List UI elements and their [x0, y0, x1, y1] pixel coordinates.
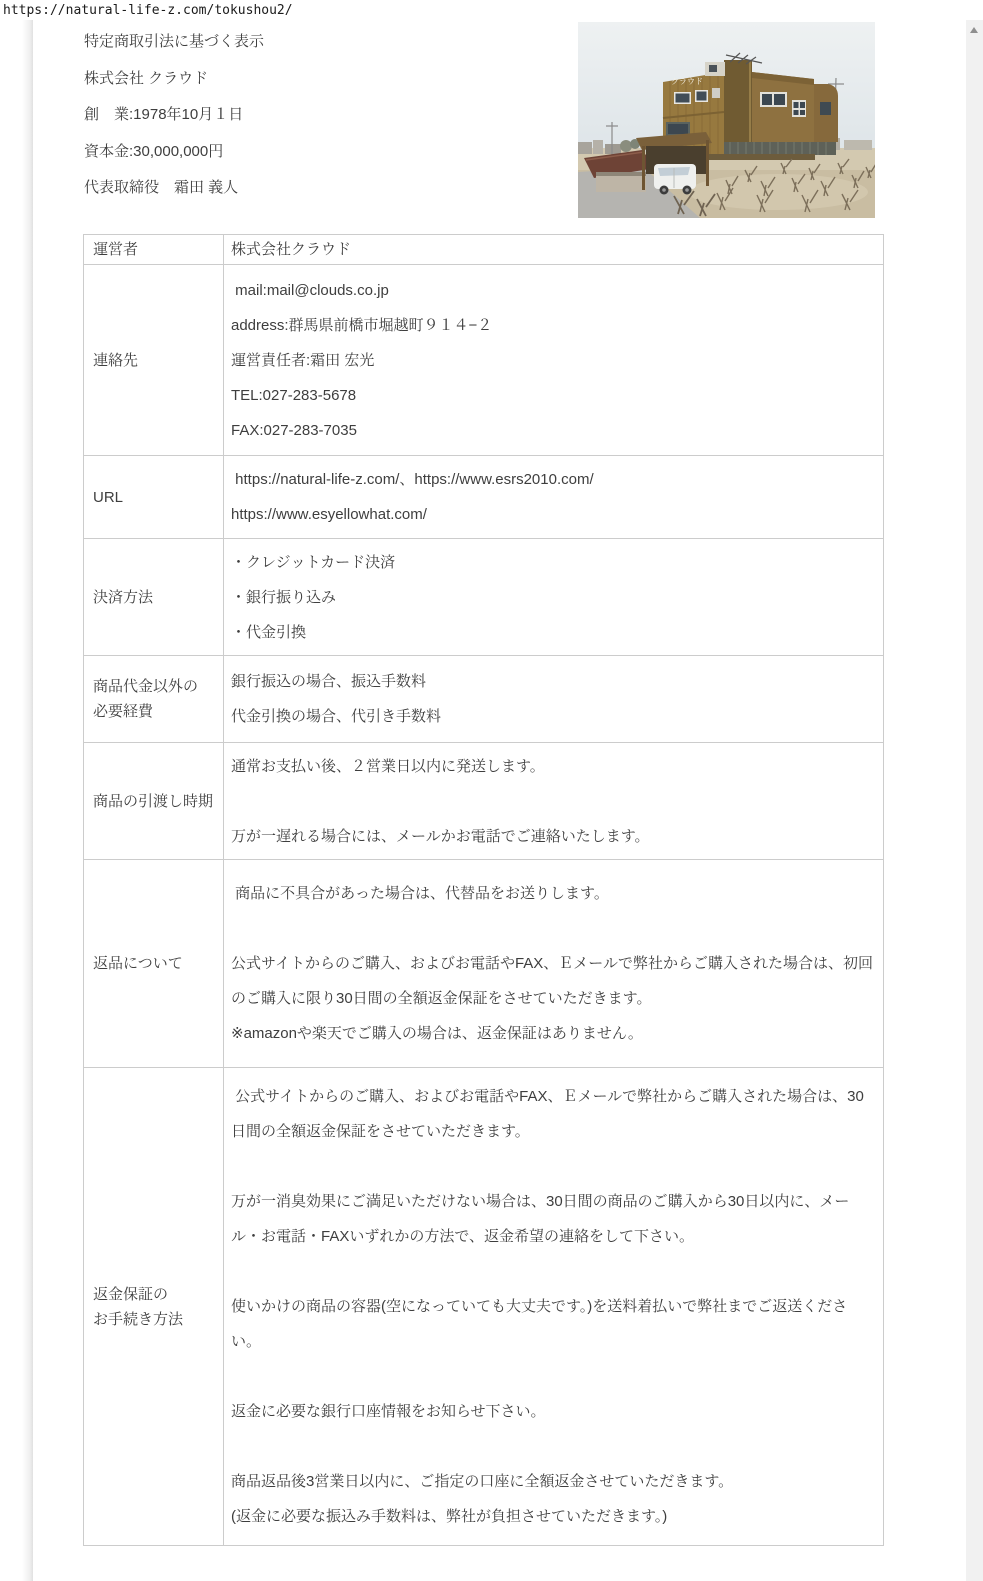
value-line [231, 1429, 875, 1464]
row-value: mail:mail@clouds.co.jpaddress:群馬県前橋市堀越町９… [224, 265, 884, 456]
card-left-shadow [22, 20, 33, 1581]
table-row: 商品の引渡し時期通常お支払い後、２営業日以内に発送します。万が一遅れる場合には、… [84, 743, 884, 860]
row-value: https://natural-life-z.com/、https://www.… [224, 456, 884, 539]
row-label: 商品の引渡し時期 [84, 743, 224, 860]
row-label: 決済方法 [84, 539, 224, 656]
header-line: 代表取締役 霜田 義人 [84, 170, 264, 207]
row-value: ・クレジットカード決済・銀行振り込み・代金引換 [224, 539, 884, 656]
company-header: 特定商取引法に基づく表示株式会社 クラウド創 業:1978年10月１日資本金:3… [84, 24, 264, 207]
value-line: 商品に不具合があった場合は、代替品をお送りします。 [231, 876, 875, 911]
header-line: 株式会社 クラウド [84, 61, 264, 98]
value-line: https://natural-life-z.com/、https://www.… [231, 462, 875, 497]
value-line [231, 784, 875, 819]
value-line: address:群馬県前橋市堀越町９１４−２ [231, 308, 875, 343]
row-label: URL [84, 456, 224, 539]
row-label: 商品代金以外の 必要経費 [84, 656, 224, 743]
value-line [231, 1149, 875, 1184]
value-line [231, 1254, 875, 1289]
table-row: 返品について 商品に不具合があった場合は、代替品をお送りします。公式サイトからの… [84, 860, 884, 1068]
header-line: 創 業:1978年10月１日 [84, 97, 264, 134]
tokushou-table: 運営者株式会社クラウド連絡先 mail:mail@clouds.co.jpadd… [83, 234, 884, 1546]
table-row: URL https://natural-life-z.com/、https://… [84, 456, 884, 539]
value-line: mail:mail@clouds.co.jp [231, 273, 875, 308]
row-value: 銀行振込の場合、振込手数料代金引換の場合、代引き手数料 [224, 656, 884, 743]
value-line: 使いかけの商品の容器(空になっていても大丈夫です。)を送料着払いで弊社までご返送… [231, 1289, 875, 1359]
table-row: 返金保証の お手続き方法 公式サイトからのご購入、およびお電話やFAX、Ｅメール… [84, 1068, 884, 1546]
row-label: 返品について [84, 860, 224, 1068]
row-label: 運営者 [84, 235, 224, 265]
table-row: 連絡先 mail:mail@clouds.co.jpaddress:群馬県前橋市… [84, 265, 884, 456]
value-line: 株式会社クラウド [231, 239, 875, 261]
header-line: 資本金:30,000,000円 [84, 134, 264, 171]
value-line: ・クレジットカード決済 [231, 545, 875, 580]
building-photo-svg: クラウド [578, 22, 875, 218]
value-line: ※amazonや楽天でご購入の場合は、返金保証はありません。 [231, 1016, 875, 1051]
header-line: 特定商取引法に基づく表示 [84, 24, 264, 61]
value-line: 万が一遅れる場合には、メールかお電話でご連絡いたします。 [231, 819, 875, 854]
building-photo: クラウド [578, 22, 875, 218]
value-line: 通常お支払い後、２営業日以内に発送します。 [231, 749, 875, 784]
tokushou-page: { "page": { "url_caption": "https://natu… [0, 0, 983, 1581]
value-line: 万が一消臭効果にご満足いただけない場合は、30日間の商品のご購入から30日以内に… [231, 1184, 875, 1254]
value-line: 公式サイトからのご購入、およびお電話やFAX、Ｅメールで弊社からご購入された場合… [231, 1079, 875, 1149]
row-value: 公式サイトからのご購入、およびお電話やFAX、Ｅメールで弊社からご購入された場合… [224, 1068, 884, 1546]
value-line: ・銀行振り込み [231, 580, 875, 615]
row-value: 通常お支払い後、２営業日以内に発送します。万が一遅れる場合には、メールかお電話で… [224, 743, 884, 860]
row-label: 連絡先 [84, 265, 224, 456]
value-line: TEL:027-283-5678 [231, 378, 875, 413]
building-sign-text: クラウド [671, 77, 703, 86]
value-line: FAX:027-283-7035 [231, 413, 875, 448]
table-row: 運営者株式会社クラウド [84, 235, 884, 265]
table-row: 商品代金以外の 必要経費銀行振込の場合、振込手数料代金引換の場合、代引き手数料 [84, 656, 884, 743]
table-row: 決済方法・クレジットカード決済・銀行振り込み・代金引換 [84, 539, 884, 656]
value-line [231, 1359, 875, 1394]
value-line: 代金引換の場合、代引き手数料 [231, 699, 875, 734]
value-line: 公式サイトからのご購入、およびお電話やFAX、Ｅメールで弊社からご購入された場合… [231, 946, 875, 1016]
value-line [231, 911, 875, 946]
row-label: 返金保証の お手続き方法 [84, 1068, 224, 1546]
value-line: 銀行振込の場合、振込手数料 [231, 664, 875, 699]
value-line: https://www.esyellowhat.com/ [231, 497, 875, 532]
value-line: 商品返品後3営業日以内に、ご指定の口座に全額返金させていただきます。 [231, 1464, 875, 1499]
value-line: 運営責任者:霜田 宏光 [231, 343, 875, 378]
value-line: (返金に必要な振込み手数料は、弊社が負担させていただきます。) [231, 1499, 875, 1534]
value-line: ・代金引換 [231, 615, 875, 650]
page-url-caption: https://natural-life-z.com/tokushou2/ [3, 3, 293, 18]
row-value: 株式会社クラウド [224, 235, 884, 265]
scroll-up-arrow-icon[interactable] [970, 27, 978, 33]
row-value: 商品に不具合があった場合は、代替品をお送りします。公式サイトからのご購入、および… [224, 860, 884, 1068]
value-line: 返金に必要な銀行口座情報をお知らせ下さい。 [231, 1394, 875, 1429]
vertical-scrollbar[interactable] [966, 20, 983, 1581]
